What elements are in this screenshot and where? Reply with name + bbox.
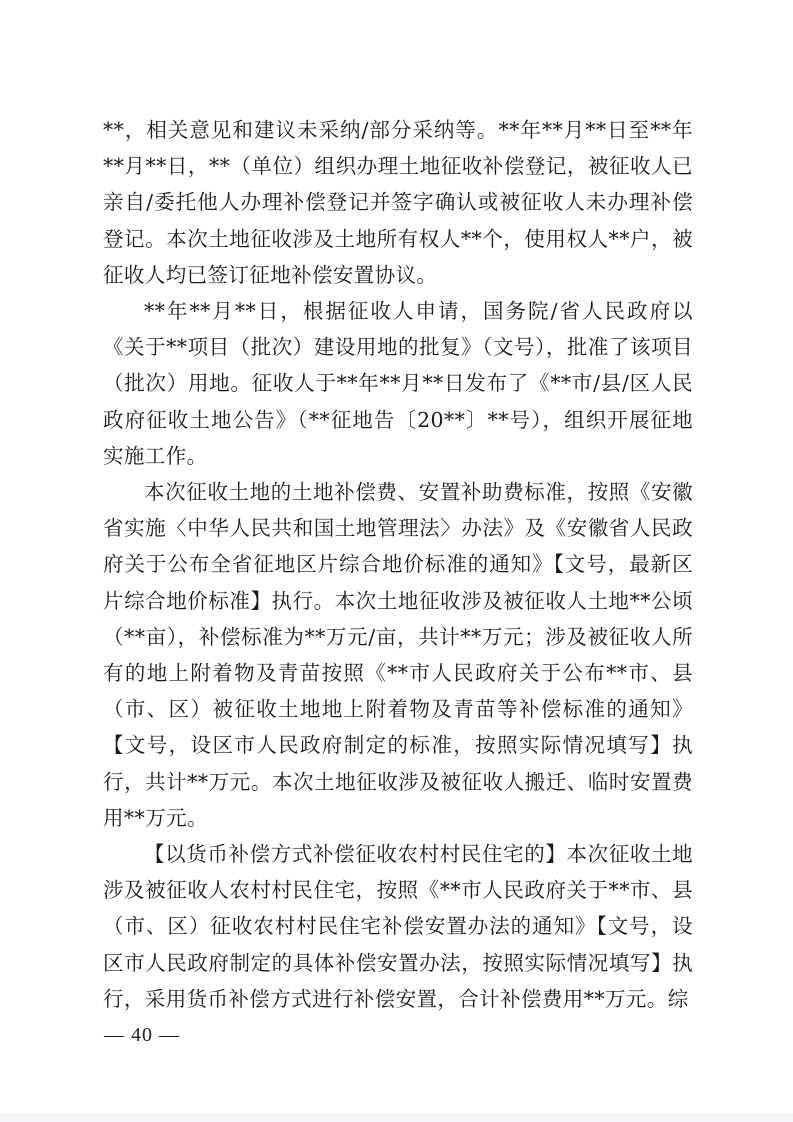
page-number: — 40 — — [104, 1024, 180, 1047]
scan-edge — [0, 1113, 793, 1122]
document-page: **，相关意见和建议未采纳/部分采纳等。**年**月**日至**年**月**日，… — [0, 0, 793, 1122]
paragraph-compensation-standard: 本次征收土地的土地补偿费、安置补助费标准，按照《安徽省实施〈中华人民共和国土地管… — [103, 474, 693, 836]
paragraph-registration: **，相关意见和建议未采纳/部分采纳等。**年**月**日至**年**月**日，… — [103, 112, 693, 293]
paragraph-approval: **年**月**日，根据征收人申请，国务院/省人民政府以《关于**项目（批次）建… — [103, 293, 693, 474]
body-text: **，相关意见和建议未采纳/部分采纳等。**年**月**日至**年**月**日，… — [103, 112, 693, 1017]
paragraph-housing-compensation: 【以货币补偿方式补偿征收农村村民住宅的】本次征收土地涉及被征收人农村村民住宅，按… — [103, 836, 693, 1017]
